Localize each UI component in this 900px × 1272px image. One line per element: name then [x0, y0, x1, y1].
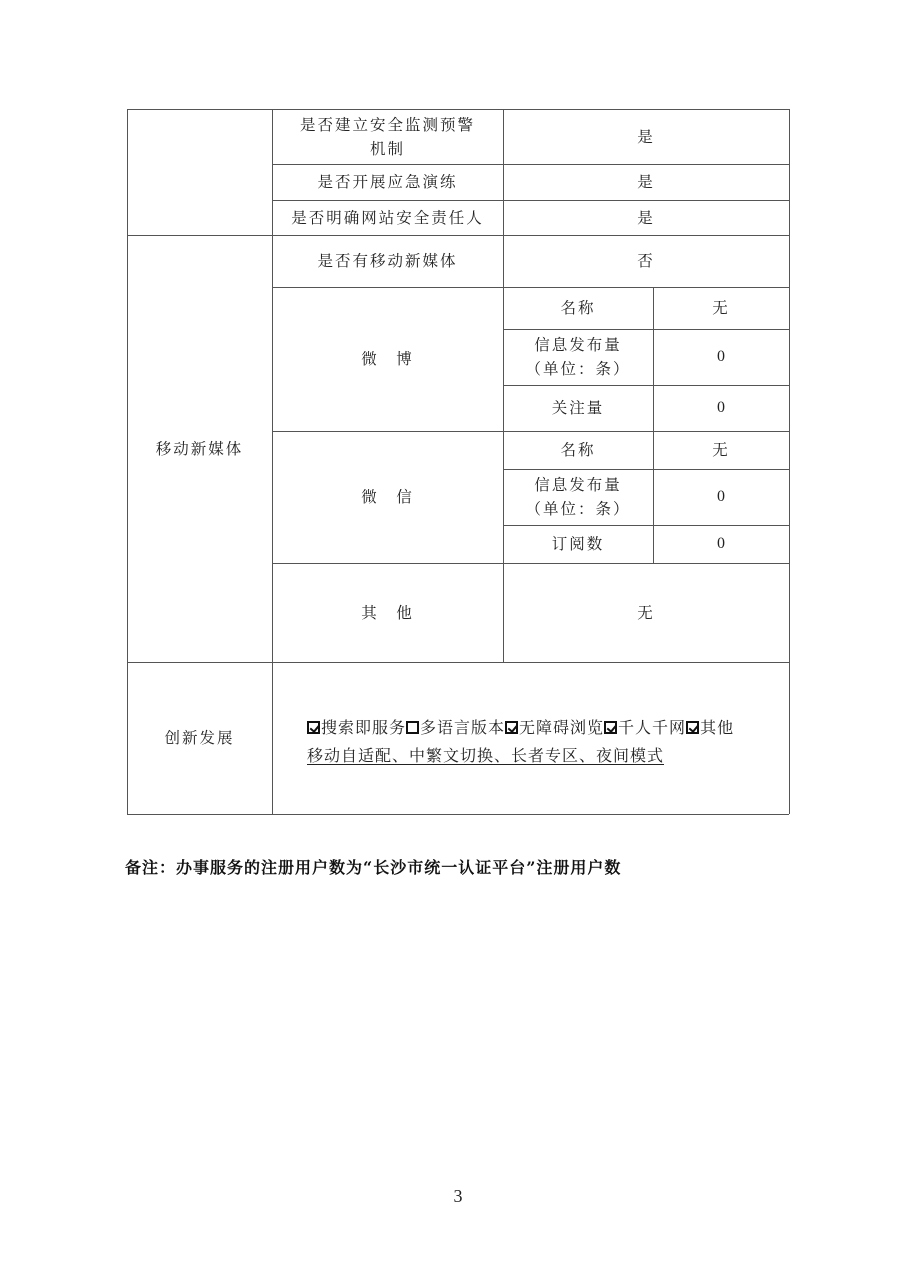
- option-label: 千人千网: [618, 718, 686, 737]
- security-officer-label: 是否明确网站安全责任人: [272, 200, 503, 235]
- option-label: 多语言版本: [420, 718, 505, 737]
- label-line: （单位：条）: [525, 497, 630, 521]
- wechat-name-value: 无: [653, 431, 789, 469]
- label-line: 机制: [370, 137, 405, 161]
- option-multilingual[interactable]: 多语言版本: [406, 718, 505, 737]
- security-monitoring-label: 是否建立安全监测预警 机制: [272, 109, 503, 164]
- wechat-posts-value: 0: [653, 469, 789, 525]
- weibo-followers-value: 0: [653, 385, 789, 431]
- security-monitoring-value: 是: [503, 109, 789, 164]
- label-line: （单位：条）: [525, 357, 630, 381]
- weibo-posts-label: 信息发布量 （单位：条）: [503, 329, 653, 385]
- wechat-subscribers-label: 订阅数: [503, 525, 653, 563]
- weibo-posts-value: 0: [653, 329, 789, 385]
- has-mobile-media-value: 否: [503, 235, 789, 287]
- label-line: 信息发布量: [534, 473, 622, 497]
- checkbox-checked-icon[interactable]: [505, 721, 518, 734]
- wechat-label: 微 信: [272, 431, 503, 563]
- security-officer-value: 是: [503, 200, 789, 235]
- wechat-name-label: 名称: [503, 431, 653, 469]
- option-personalized[interactable]: 千人千网: [604, 718, 686, 737]
- checkbox-checked-icon[interactable]: [604, 721, 617, 734]
- option-label: 搜索即服务: [321, 718, 406, 737]
- option-search-as-service[interactable]: 搜索即服务: [307, 718, 406, 737]
- wechat-posts-label: 信息发布量 （单位：条）: [503, 469, 653, 525]
- label-line: 是否建立安全监测预警: [300, 113, 475, 137]
- document-page: 是否建立安全监测预警 机制 是 是否开展应急演练 是 是否明确网站安全责任人 是…: [0, 0, 900, 1272]
- label-line: 信息发布量: [534, 333, 622, 357]
- mobile-media-section-label: 移动新媒体: [127, 235, 272, 662]
- emergency-drill-label: 是否开展应急演练: [272, 164, 503, 200]
- weibo-name-label: 名称: [503, 287, 653, 329]
- has-mobile-media-label: 是否有移动新媒体: [272, 235, 503, 287]
- checkbox-checked-icon[interactable]: [686, 721, 699, 734]
- option-label: 其他: [700, 718, 734, 737]
- option-other[interactable]: 其他: [686, 718, 734, 737]
- other-media-label: 其 他: [272, 563, 503, 662]
- weibo-followers-label: 关注量: [503, 385, 653, 431]
- weibo-name-value: 无: [653, 287, 789, 329]
- checkbox-checked-icon[interactable]: [307, 721, 320, 734]
- other-detail-text: 移动自适配、中繁文切换、长者专区、夜间模式: [307, 746, 664, 765]
- table-border-bottom: [127, 814, 789, 815]
- option-accessibility[interactable]: 无障碍浏览: [505, 718, 604, 737]
- wechat-subscribers-value: 0: [653, 525, 789, 563]
- innovation-section-label: 创新发展: [127, 662, 272, 814]
- weibo-label: 微 博: [272, 287, 503, 431]
- emergency-drill-value: 是: [503, 164, 789, 200]
- innovation-options: 搜索即服务多语言版本无障碍浏览千人千网其他 移动自适配、中繁文切换、长者专区、夜…: [307, 714, 787, 770]
- table-border-right: [789, 109, 790, 814]
- footnote: 备注：办事服务的注册用户数为“长沙市统一认证平台”注册用户数: [125, 855, 621, 878]
- option-label: 无障碍浏览: [519, 718, 604, 737]
- checkbox-unchecked-icon[interactable]: [406, 721, 419, 734]
- other-media-value: 无: [503, 563, 789, 662]
- page-number: 3: [440, 1186, 476, 1207]
